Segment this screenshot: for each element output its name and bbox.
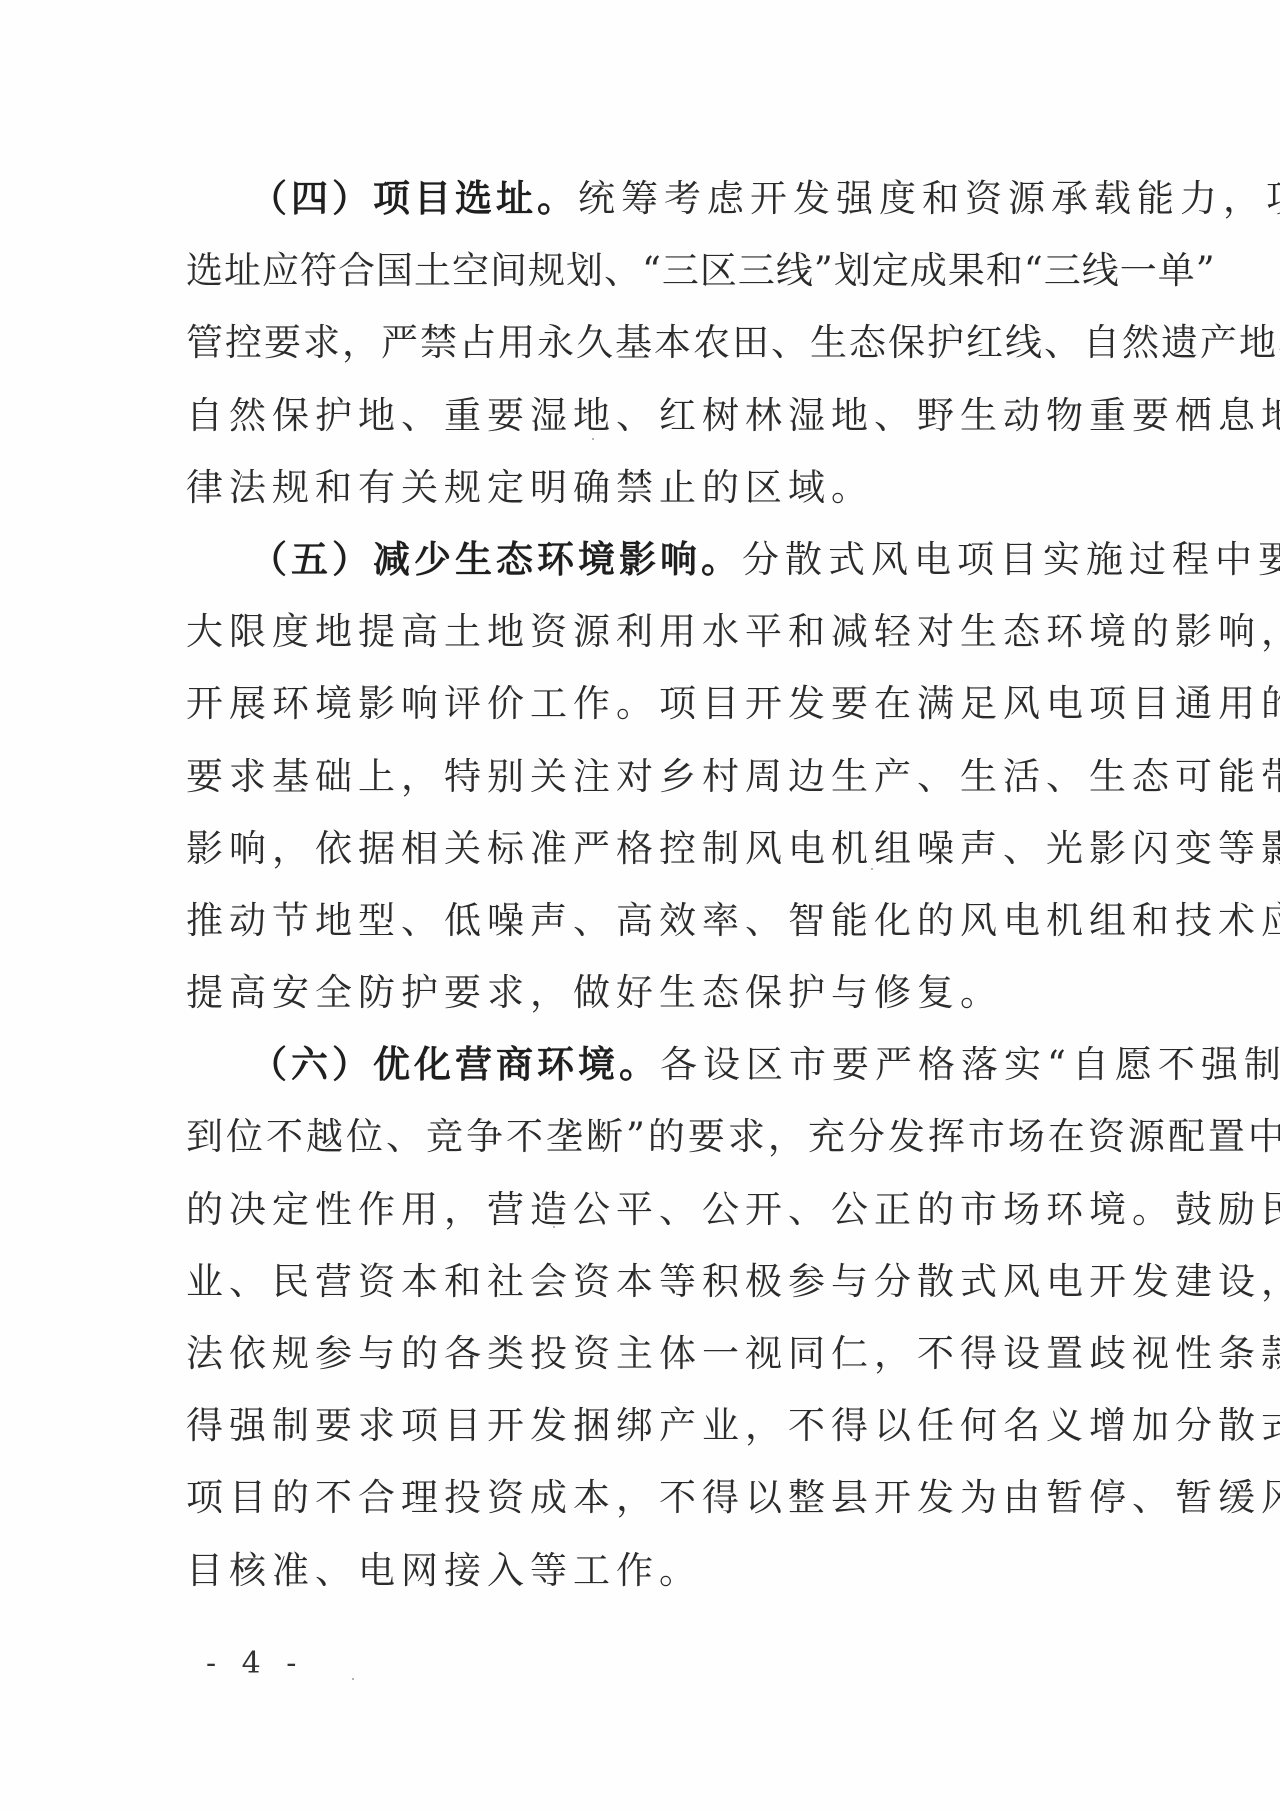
paragraph-line: 得强制要求项目开发捆绑产业，不得以任何名义增加分散式风电 (186, 1397, 1108, 1469)
section-heading: （六）优化营商环境。 (250, 1043, 660, 1086)
body-text: 分散式风电项目实施过程中要最 (742, 538, 1280, 581)
paragraph-line: 到位不越位、竞争不垄断”的要求，充分发挥市场在资源配置中 (186, 1108, 1108, 1180)
paragraph-line: 的决定性作用，营造公平、公开、公正的市场环境。鼓励民营企 (186, 1181, 1108, 1253)
paragraph-line: 影响，依据相关标准严格控制风电机组噪声、光影闪变等影响， (186, 820, 1108, 892)
paragraph-line: 目核准、电网接入等工作。 (186, 1542, 1108, 1614)
paragraph-line: 自然保护地、重要湿地、红树林湿地、野生动物重要栖息地等法 (186, 387, 1108, 459)
paragraph-line: 律法规和有关规定明确禁止的区域。 (186, 459, 1108, 531)
scan-speck (592, 438, 594, 440)
document-page: （四）项目选址。统筹考虑开发强度和资源承载能力，项目 选址应符合国土空间规划、“… (0, 0, 1280, 1810)
paragraph-line: 选址应符合国土空间规划、“三区三线”划定成果和“三线一单” (186, 242, 1108, 314)
document-body: （四）项目选址。统筹考虑开发强度和资源承载能力，项目 选址应符合国土空间规划、“… (186, 170, 1108, 1614)
scan-speck (871, 868, 873, 870)
paragraph-line: 要求基础上，特别关注对乡村周边生产、生活、生态可能带来的 (186, 748, 1108, 820)
paragraph-reduce-eco-impact: （五）减少生态环境影响。分散式风电项目实施过程中要最 大限度地提高土地资源利用水… (186, 531, 1108, 1036)
page-number: - 4 - (206, 1646, 304, 1681)
paragraph-line: 提高安全防护要求，做好生态保护与修复。 (186, 964, 1108, 1036)
paragraph-optimize-business-env: （六）优化营商环境。各设区市要严格落实“自愿不强制、 到位不越位、竞争不垄断”的… (186, 1036, 1108, 1614)
paragraph-line: （六）优化营商环境。各设区市要严格落实“自愿不强制、 (186, 1036, 1108, 1108)
scan-speck (352, 1678, 354, 1680)
paragraph-line: 项目的不合理投资成本，不得以整县开发为由暂停、暂缓风电项 (186, 1469, 1108, 1541)
paragraph-line: 业、民营资本和社会资本等积极参与分散式风电开发建设，对依 (186, 1253, 1108, 1325)
paragraph-line: （四）项目选址。统筹考虑开发强度和资源承载能力，项目 (186, 170, 1108, 242)
paragraph-line: 推动节地型、低噪声、高效率、智能化的风电机组和技术应用， (186, 892, 1108, 964)
paragraph-line: （五）减少生态环境影响。分散式风电项目实施过程中要最 (186, 531, 1108, 603)
paragraph-line: 开展环境影响评价工作。项目开发要在满足风电项目通用的技术 (186, 675, 1108, 747)
section-heading: （五）减少生态环境影响。 (250, 538, 742, 581)
scan-speck (553, 1226, 555, 1228)
body-text: 统筹考虑开发强度和资源承载能力，项目 (578, 177, 1280, 220)
paragraph-line: 大限度地提高土地资源利用水平和减轻对生态环境的影响，依法 (186, 603, 1108, 675)
paragraph-line: 法依规参与的各类投资主体一视同仁，不得设置歧视性条款。不 (186, 1325, 1108, 1397)
paragraph-project-site-selection: （四）项目选址。统筹考虑开发强度和资源承载能力，项目 选址应符合国土空间规划、“… (186, 170, 1108, 531)
section-heading: （四）项目选址。 (250, 177, 578, 220)
body-text: 各设区市要严格落实“自愿不强制、 (660, 1043, 1280, 1086)
paragraph-line: 管控要求，严禁占用永久基本农田、生态保护红线、自然遗产地、 (186, 314, 1108, 386)
